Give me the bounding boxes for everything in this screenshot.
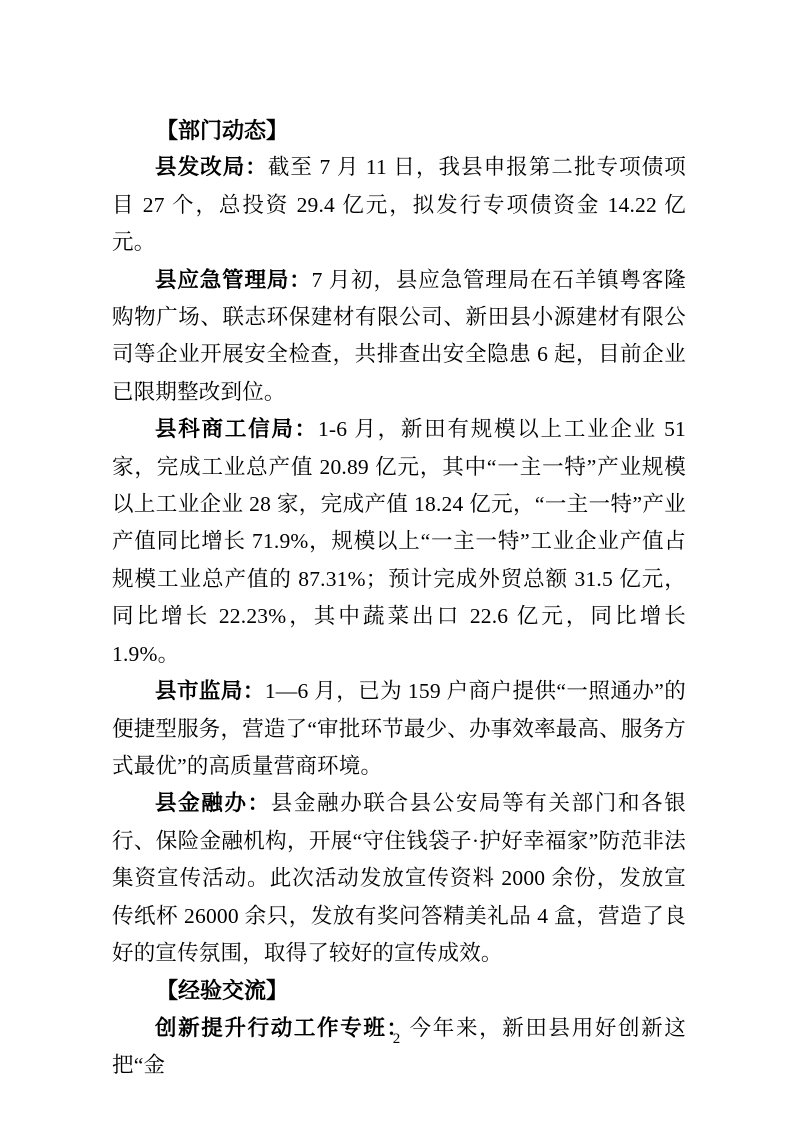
section-heading-dept-dynamics: 【部门动态】 [112,112,686,149]
page-number: 2 [0,1031,793,1048]
para-finance-office: 县金融办：县金融办联合县公安局等有关部门和各银行、保险金融机构，开展“守住钱袋子… [112,785,686,972]
para-body-sci-commerce-industry-bureau: 1-6 月，新田有规模以上工业企业 51 家，完成工业总产值 20.89 亿元，… [112,417,686,665]
para-sci-commerce-industry-bureau: 县科商工信局：1-6 月，新田有规模以上工业企业 51 家，完成工业总产值 20… [112,411,686,673]
para-development-reform-bureau: 县发改局：截至 7 月 11 日，我县申报第二批专项债项目 27 个，总投资 2… [112,149,686,261]
para-lead-emergency-management-bureau: 县应急管理局： [155,268,312,292]
para-lead-sci-commerce-industry-bureau: 县科商工信局： [155,417,318,441]
para-lead-market-supervision-bureau: 县市监局： [155,679,265,703]
para-lead-finance-office: 县金融办： [155,791,271,815]
document-body: 【部门动态】 县发改局：截至 7 月 11 日，我县申报第二批专项债项目 27 … [112,112,686,1085]
para-body-finance-office: 县金融办联合县公安局等有关部门和各银行、保险金融机构，开展“守住钱袋子·护好幸福… [112,791,686,965]
para-lead-development-reform-bureau: 县发改局： [155,155,268,179]
document-page: 【部门动态】 县发改局：截至 7 月 11 日，我县申报第二批专项债项目 27 … [0,0,793,1122]
section-heading-experience-exchange: 【经验交流】 [112,972,686,1009]
para-emergency-management-bureau: 县应急管理局：7 月初，县应急管理局在石羊镇粤客隆购物广场、联志环保建材有限公司… [112,262,686,412]
para-market-supervision-bureau: 县市监局：1—6 月，已为 159 户商户提供“一照通办”的便捷型服务，营造了“… [112,673,686,785]
